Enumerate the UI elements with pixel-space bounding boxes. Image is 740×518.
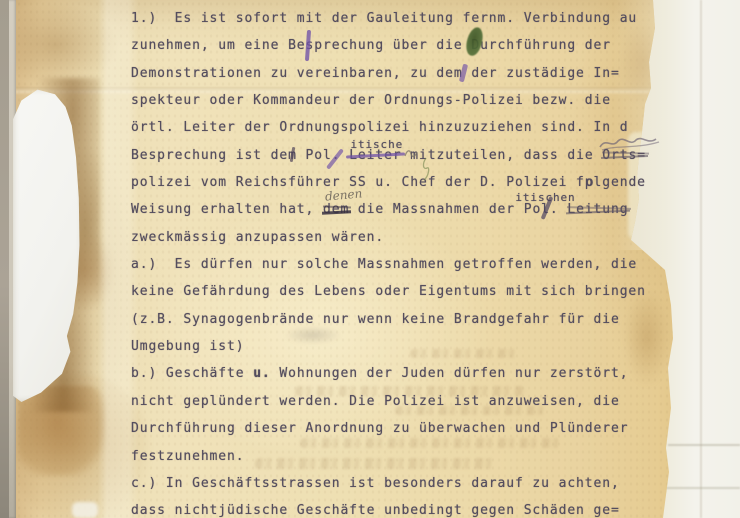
typed-line: (z.B. Synagogenbrände nur wenn keine Bra… — [131, 306, 646, 333]
typed-text: Umgebung ist) — [131, 339, 244, 354]
backing-crease — [668, 444, 740, 446]
struck-text: Leitungitischen — [567, 196, 628, 223]
typed-line: zunehmen, um eine Besprechung über die D… — [131, 32, 646, 59]
bottom-edge-notch — [72, 502, 98, 518]
typed-line: nicht geplündert werden. Die Polizei ist… — [131, 388, 646, 415]
typed-text: spekteur oder Kommandeur der Ordnungs-Po… — [131, 93, 611, 108]
typed-text: b.) Geschäfte — [131, 366, 253, 381]
typed-line: zweckmässig anzupassen wären. — [131, 224, 646, 251]
typed-text: u. — [253, 366, 270, 381]
typed-line: spekteur oder Kommandeur der Ordnungs-Po… — [131, 87, 646, 114]
typed-text: zweckmässig anzupassen wären. — [131, 230, 384, 245]
typed-line: Weisung erhalten hat, demdenen die Massn… — [131, 196, 646, 223]
typed-text: po — [585, 169, 594, 196]
typed-text: keine Gefährdung des Lebens oder Eigentu… — [131, 284, 646, 299]
typed-text: (z.B. Synagogenbrände nur wenn keine Bra… — [131, 312, 620, 327]
typed-text: 1.) Es ist sofort mit der Gauleitung fer… — [131, 11, 637, 26]
typed-text: Durchführung dieser Anordnung zu überwac… — [131, 421, 628, 436]
struck-text: demdenen — [323, 196, 349, 223]
typed-text: Wohnungen der Juden dürfen nur zerstört, — [271, 366, 629, 381]
typed-text: Demonstrationen zu vereinbaren, zu dem d… — [131, 66, 620, 81]
typed-text: nicht geplündert werden. Die Polizei ist… — [131, 394, 620, 409]
typed-line: Demonstrationen zu vereinbaren, zu dem d… — [131, 60, 646, 87]
pencil-scribble-illegible — [596, 133, 666, 155]
typed-text-block: 1.) Es ist sofort mit der Gauleitung fer… — [131, 5, 646, 518]
typed-text: a.) Es dürfen nur solche Massnahmen getr… — [131, 257, 637, 272]
typed-text: c.) In Geschäftsstrassen ist besonders d… — [131, 476, 620, 491]
backing-fold-line — [700, 0, 702, 518]
struck-text: Leiter — [349, 142, 401, 169]
typed-line: Durchführung dieser Anordnung zu überwac… — [131, 415, 646, 442]
typed-line: Besprechung ist dem Pol.itische Leiter m… — [131, 142, 646, 169]
insertion-text: denen — [324, 181, 364, 211]
backing-crease — [664, 487, 740, 489]
typed-line: Umgebung ist) — [131, 333, 646, 360]
typed-line: 1.) Es ist sofort mit der Gauleitung fer… — [131, 5, 646, 32]
typed-line: festzunehmen. — [131, 443, 646, 470]
typed-line: keine Gefährdung des Lebens oder Eigentu… — [131, 278, 646, 305]
typed-line: b.) Geschäfte u. Wohnungen der Juden dür… — [131, 360, 646, 387]
typed-text: Besprechung ist dem Pol. — [131, 148, 340, 163]
typed-line: a.) Es dürfen nur solche Massnahmen getr… — [131, 251, 646, 278]
typed-text: lgende — [594, 175, 646, 190]
typed-text: dass nichtjüdische Geschäfte unbedingt g… — [131, 503, 620, 518]
typed-text: Weisung erhalten hat, — [131, 202, 323, 217]
insertion-text: o — [586, 169, 595, 196]
pencil-n-squiggle — [404, 146, 418, 160]
typed-text: festzunehmen. — [131, 449, 244, 464]
typed-text: zunehmen, um eine Besprechung über die D… — [131, 38, 611, 53]
typed-text: örtl. Leiter der Ordnungspolizei hinzuzu… — [131, 120, 628, 135]
typed-line: dass nichtjüdische Geschäfte unbedingt g… — [131, 497, 646, 518]
document-scan: 1.) Es ist sofort mit der Gauleitung fer… — [0, 0, 740, 518]
typed-line: c.) In Geschäftsstrassen ist besonders d… — [131, 470, 646, 497]
green-pencil-hook — [420, 156, 432, 182]
